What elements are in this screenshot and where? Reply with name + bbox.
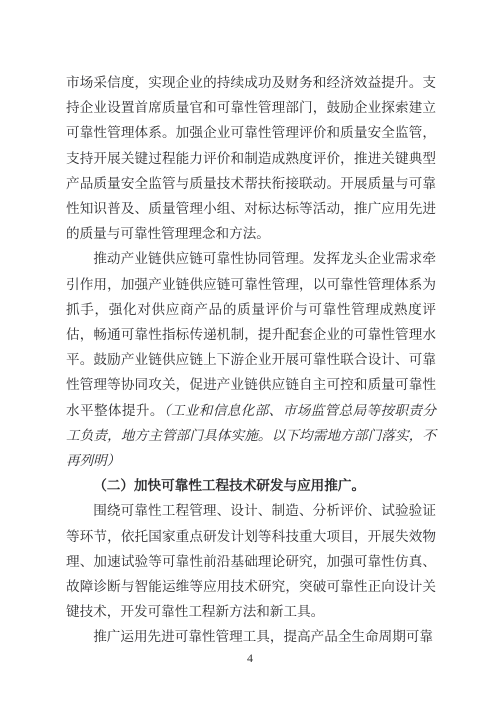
paragraph-text: 推动产业链供应链可靠性协同管理。发挥龙头企业需求牵引作用，加强产业链供应链可靠性… — [66, 251, 436, 417]
document-text-block: 市场采信度，实现企业的持续成功及财务和经济效益提升。支持企业设置首席质量官和可靠… — [66, 70, 436, 650]
section-heading-reliability-engineering: （二）加快可靠性工程技术研发与应用推广。 — [66, 473, 436, 498]
document-page: 市场采信度，实现企业的持续成功及财务和经济效益提升。支持企业设置首席质量官和可靠… — [0, 0, 500, 707]
page-number: 4 — [0, 651, 500, 666]
paragraph-supply-chain-reliability: 推动产业链供应链可靠性协同管理。发挥龙头企业需求牵引作用，加强产业链供应链可靠性… — [66, 246, 436, 473]
paragraph-management-tools-partial: 推广运用先进可靠性管理工具，提高产品全生命周期可靠 — [66, 624, 436, 649]
paragraph-quality-management-continuation: 市场采信度，实现企业的持续成功及财务和经济效益提升。支持企业设置首席质量官和可靠… — [66, 70, 436, 246]
paragraph-rd-and-application: 围绕可靠性工程管理、设计、制造、分析评价、试验验证等环节，依托国家重点研发计划等… — [66, 498, 436, 624]
